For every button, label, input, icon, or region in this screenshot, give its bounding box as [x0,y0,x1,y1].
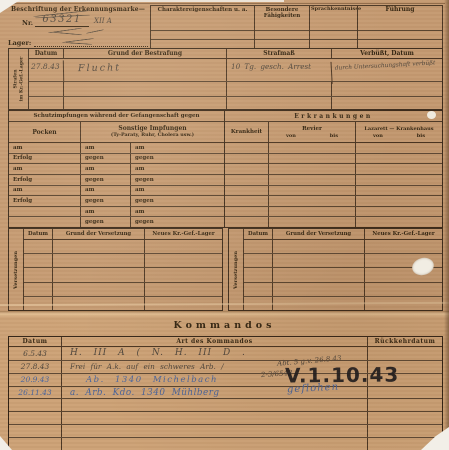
kommando-return [367,347,442,360]
cell: Erfolg [9,154,80,164]
cell: am [130,164,224,174]
vaccination-row: Erfolggegengegen [9,153,224,164]
col-header-grund: Grund der Versetzung [52,229,144,239]
traits-col-character: Charaktereigenschaften u. a. [151,6,254,48]
punishments-header-row: Datum Grund der Bestrafung Strafmaß Verb… [29,49,442,59]
transfers-side-label: Versetzungen [229,229,244,310]
illness-row [225,216,442,227]
col-header-lager: Neues Kr.-Gef.-Lager [144,229,222,239]
empty-row [24,282,222,296]
illness-row [225,153,442,164]
crossed-out-entry [8,27,148,36]
rule-line [358,39,442,48]
vaccination-row: amamam [9,185,224,196]
punishments-section: Strafen im Kr.-Gef.-Lager Datum Grund de… [8,48,443,110]
scribble-stroke [66,42,92,45]
col-header-datum: Datum [24,229,52,239]
traits-col-skills: Besondere Fähigkeiten [254,6,309,48]
punishment-reason: Flucht [63,58,226,83]
empty-row [29,81,442,96]
transfers-table-left: Versetzungen Datum Grund der Versetzung … [8,228,223,311]
rule-line [255,39,309,48]
vaccinations-illnesses-section: Schutzimpfungen während der Gefangenscha… [8,110,443,228]
kommando-date: 6.5.43 [9,347,61,360]
side-label-line: Versetzungen [233,251,239,289]
von-label: von [286,133,296,139]
von-label: von [373,133,383,139]
cell: am [9,164,80,174]
vaccination-rows: amamam Erfolggegengegen amamam Erfolggeg… [9,143,224,227]
rule-line [151,30,254,39]
col-header-lazarett: Lazarett — Krankenhaus vonbis [355,122,442,142]
rule-line [310,39,357,48]
card-overlap-edge [0,311,449,317]
kommando-date: 20.9.43 [9,374,61,386]
id-mark-block: Beschriftung der Erkennungsmarke— Nr. 63… [8,6,148,48]
empty-row [9,411,442,424]
cell: am [130,186,224,196]
empty-row [9,398,442,411]
id-number-row: Nr. 63321 XII A [8,14,148,27]
cell: Erfolg [9,175,80,185]
illness-row [225,206,442,217]
punishments-side-label: Strafen im Kr.-Gef.-Lager [9,49,29,109]
empty-row [9,437,442,450]
col-header-rueckkehrdatum: Rückkehrdatum [367,337,442,346]
col-header-sonstige: Sonstige Impfungen (Ty-Paraty, Ruhr, Cho… [80,122,224,142]
empty-row [244,240,442,253]
punishment-entry-row: 27.8.43 Flucht 10 Tg. gesch. Arrest durc… [29,59,442,81]
rule-line [255,30,309,39]
cell: am [130,207,224,217]
col-header-grund: Grund der Bestrafung [63,49,226,58]
vaccination-row: gegengegen [9,216,224,227]
cell: am [80,143,130,153]
bis-label: bis [330,133,338,139]
transfers-table-right: Versetzungen Datum Grund der Versetzung … [228,228,443,311]
col-header-strafmass: Strafmaß [226,49,331,58]
cell: am [130,143,224,153]
vaccinations-header: Schutzimpfungen während der Gefangenscha… [9,111,224,122]
nr-camp-note: XII A [94,17,112,25]
illness-row [225,195,442,206]
transfers-header-row: Datum Grund der Versetzung Neues Kr.-Gef… [24,229,222,240]
lager-field [34,37,148,47]
col-header-datum: Datum [244,229,272,239]
rule-line [358,30,442,39]
col-header-datum: Datum [9,337,61,346]
traits-header: Führung [358,6,442,30]
cell: gegen [80,217,130,227]
cell: am [9,143,80,153]
kommando-row: 26.11.43 a. Arb. Kdo. 1340 Mühlberg [9,386,442,399]
vaccination-row: amam [9,206,224,217]
transfers-side-label: Versetzungen [9,229,24,310]
empty-row [244,282,442,296]
punishment-date: 27.8.43 [29,59,63,81]
cell: gegen [80,196,130,206]
bis-label: bis [417,133,425,139]
side-label-line: Strafen [13,57,19,102]
cell: gegen [80,154,130,164]
kommandos-table: Datum Art des Kommandos Rückkehrdatum 6.… [8,336,443,450]
sonstige-subtitle: (Ty-Paraty, Ruhr, Cholera usw.) [111,133,194,139]
kommandos-title: Kommandos [0,320,449,331]
lager-row: Lager: [8,36,148,47]
traits-header: Charaktereigenschaften u. a. [151,6,254,30]
revier-title: Revier [302,126,322,132]
cell [9,217,80,227]
traits-header: Besondere Fähigkeiten [255,6,309,30]
col-header-lager: Neues Kr.-Gef.-Lager [364,229,442,239]
cell: gegen [130,154,224,164]
scan-edge [14,0,284,2]
illness-row [225,174,442,185]
cell: Erfolg [9,196,80,206]
pow-record-card-scan: Beschriftung der Erkennungsmarke— Nr. 63… [0,0,449,450]
empty-row [9,424,442,437]
col-header-grund: Grund der Versetzung [272,229,364,239]
vaccinations-subheader: Pocken Sonstige Impfungen (Ty-Paraty, Ru… [9,122,224,143]
vaccination-row: amamam [9,143,224,153]
cell: am [80,164,130,174]
vaccinations-table: Schutzimpfungen während der Gefangenscha… [9,111,225,227]
illness-rows [225,143,442,227]
cell: gegen [130,175,224,185]
cell [9,207,80,217]
kommando-return [367,387,442,399]
nr-field: 63321 [35,7,89,27]
empty-row [24,267,222,281]
transfers-section: Versetzungen Datum Grund der Versetzung … [8,228,443,311]
kommando-date: 27.8.43 [9,361,61,373]
illness-row [225,143,442,153]
traits-col-languages: Sprachkenntnisse [309,6,357,48]
transfers-header-row: Datum Grund der Versetzung Neues Kr.-Gef… [244,229,442,240]
side-label-line: Versetzungen [13,251,19,289]
vaccination-row: Erfolggegengegen [9,195,224,206]
traits-table: Charaktereigenschaften u. a. Besondere F… [150,5,443,48]
cell: gegen [130,217,224,227]
kommando-date: 26.11.43 [9,387,61,399]
illnesses-subheader: Krankheit Revier vonbis Lazarett — Krank… [225,122,442,143]
vaccination-row: amamam [9,163,224,174]
rule-line [310,30,357,39]
cell: gegen [130,196,224,206]
col-header-datum: Datum [29,49,63,58]
vaccination-row: Erfolggegengegen [9,174,224,185]
illnesses-header: Erkrankungen [225,111,442,122]
lazarett-title: Lazarett — Krankenhaus [364,126,433,132]
empty-row [24,253,222,267]
rule-line [151,39,254,48]
illness-row [225,185,442,196]
traits-header: Sprachkenntnisse [310,6,357,30]
cell: gegen [80,175,130,185]
empty-row [24,240,222,253]
nr-label: Nr. [22,19,33,27]
kommandos-header-row: Datum Art des Kommandos Rückkehrdatum [9,337,442,347]
cell: am [80,207,130,217]
col-header-art: Art des Kommandos [61,337,367,346]
side-label-line: im Kr.-Gef.-Lager [19,57,25,102]
lager-label: Lager: [8,39,31,47]
date-stamp: V.1.10.43 [285,363,399,388]
punishment-served: durch Untersuchungshaft verbüßt [331,56,443,84]
illness-row [225,163,442,174]
cell: am [80,186,130,196]
scribble-stroke [52,32,82,36]
traits-col-conduct: Führung [357,6,442,48]
punch-hole-small [427,111,436,119]
col-header-revier: Revier vonbis [268,122,355,142]
cell: am [9,186,80,196]
illnesses-table: Erkrankungen Krankheit Revier vonbis Laz… [225,111,442,227]
kommando-row: 6.5.43 H. III A ( N. H. III D . [9,347,442,360]
empty-row [29,96,442,109]
scribble-stroke [86,29,104,34]
card-top-edge [2,3,445,4]
col-header-krankheit: Krankheit [225,122,268,142]
col-header-pocken: Pocken [9,122,80,142]
card-edge-shadow [444,0,449,450]
punishment-sentence: 10 Tg. gesch. Arrest [226,59,331,81]
